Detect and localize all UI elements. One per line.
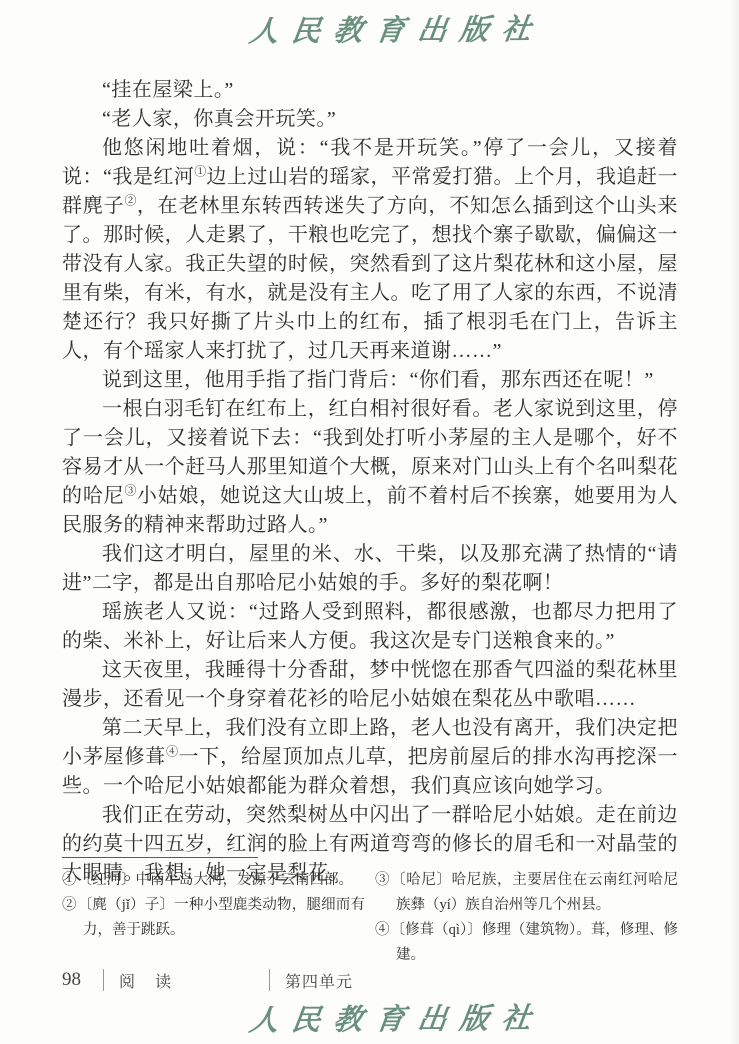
footer-divider: [269, 969, 270, 991]
footnote-marker: ②: [62, 897, 78, 913]
footnote-ref: ①: [194, 164, 206, 178]
footnote-ref: ②: [124, 193, 136, 207]
footer-section-label: 阅 读: [119, 969, 269, 992]
paragraph: 瑶族老人又说：“过路人受到照料，都很感激，也都尽力把用了的柴、米补上，好让后来人…: [62, 598, 678, 656]
textbook-page: 人民教育出版社 “挂在屋梁上。”“老人家，你真会开玩笑。”他悠闲地吐着烟，说：“…: [0, 0, 739, 1044]
footnote-item: ①〔红河〕中南半岛大河，发源于云南西部。: [62, 868, 365, 893]
paragraph: 说到这里，他用手指了指门背后：“你们看，那东西还在呢！”: [62, 366, 678, 395]
article-body: “挂在屋梁上。”“老人家，你真会开玩笑。”他悠闲地吐着烟，说：“我不是开玩笑。”…: [62, 76, 678, 888]
footnote-marker: ④: [375, 922, 391, 938]
publisher-logo-bottom: 人民教育出版社: [247, 996, 547, 1040]
footer-logo-band: 人民教育出版社: [55, 997, 739, 1038]
header: 人民教育出版社: [55, 8, 739, 49]
paragraph: “老人家，你真会开玩笑。”: [62, 105, 678, 134]
paragraph: 一根白羽毛钉在红布上，红白相衬很好看。老人家说到这里，停了一会儿，又接着说下去：…: [62, 395, 678, 540]
footnote-item: ②〔麂（jǐ）子〕一种小型鹿类动物，腿细而有力，善于跳跃。: [62, 893, 365, 943]
paragraph: 我们这才明白，屋里的米、水、干柴，以及那充满了热情的“请进”二字，都是出自那哈尼…: [62, 540, 678, 598]
footnote-separator: [62, 857, 258, 858]
footnote-item: ③〔哈尼〕哈尼族，主要居住在云南红河哈尼族彝（yí）族自治州等几个州县。: [375, 868, 678, 918]
footnotes-col-right: ③〔哈尼〕哈尼族，主要居住在云南红河哈尼族彝（yí）族自治州等几个州县。④〔修葺…: [375, 868, 678, 968]
footnote-ref: ③: [124, 483, 136, 497]
footnotes: ①〔红河〕中南半岛大河，发源于云南西部。②〔麂（jǐ）子〕一种小型鹿类动物，腿细…: [62, 868, 678, 968]
paragraph: 他悠闲地吐着烟，说：“我不是开玩笑。”停了一会儿，又接着说：“我是红河①边上过山…: [62, 134, 678, 366]
footnote-ref: ④: [166, 744, 178, 758]
footnote-marker: ③: [375, 872, 391, 888]
paragraph: “挂在屋梁上。”: [62, 76, 678, 105]
page-footer: 98 阅 读 第四单元: [62, 966, 678, 994]
footnotes-col-left: ①〔红河〕中南半岛大河，发源于云南西部。②〔麂（jǐ）子〕一种小型鹿类动物，腿细…: [62, 868, 365, 968]
footnote-marker: ①: [62, 872, 78, 888]
paragraph: 这天夜里，我睡得十分香甜，梦中恍惚在那香气四溢的梨花林里漫步，还看见一个身穿着花…: [62, 656, 678, 714]
footnote-item: ④〔修葺（qì）〕修理（建筑物）。葺，修理、修建。: [375, 918, 678, 968]
page-number: 98: [62, 969, 103, 991]
publisher-logo-top: 人民教育出版社: [247, 7, 547, 51]
footer-divider: [103, 969, 104, 991]
footer-unit-label: 第四单元: [285, 969, 353, 992]
paragraph: 第二天早上，我们没有立即上路，老人也没有离开，我们决定把小茅屋修葺④一下，给屋顶…: [62, 714, 678, 801]
